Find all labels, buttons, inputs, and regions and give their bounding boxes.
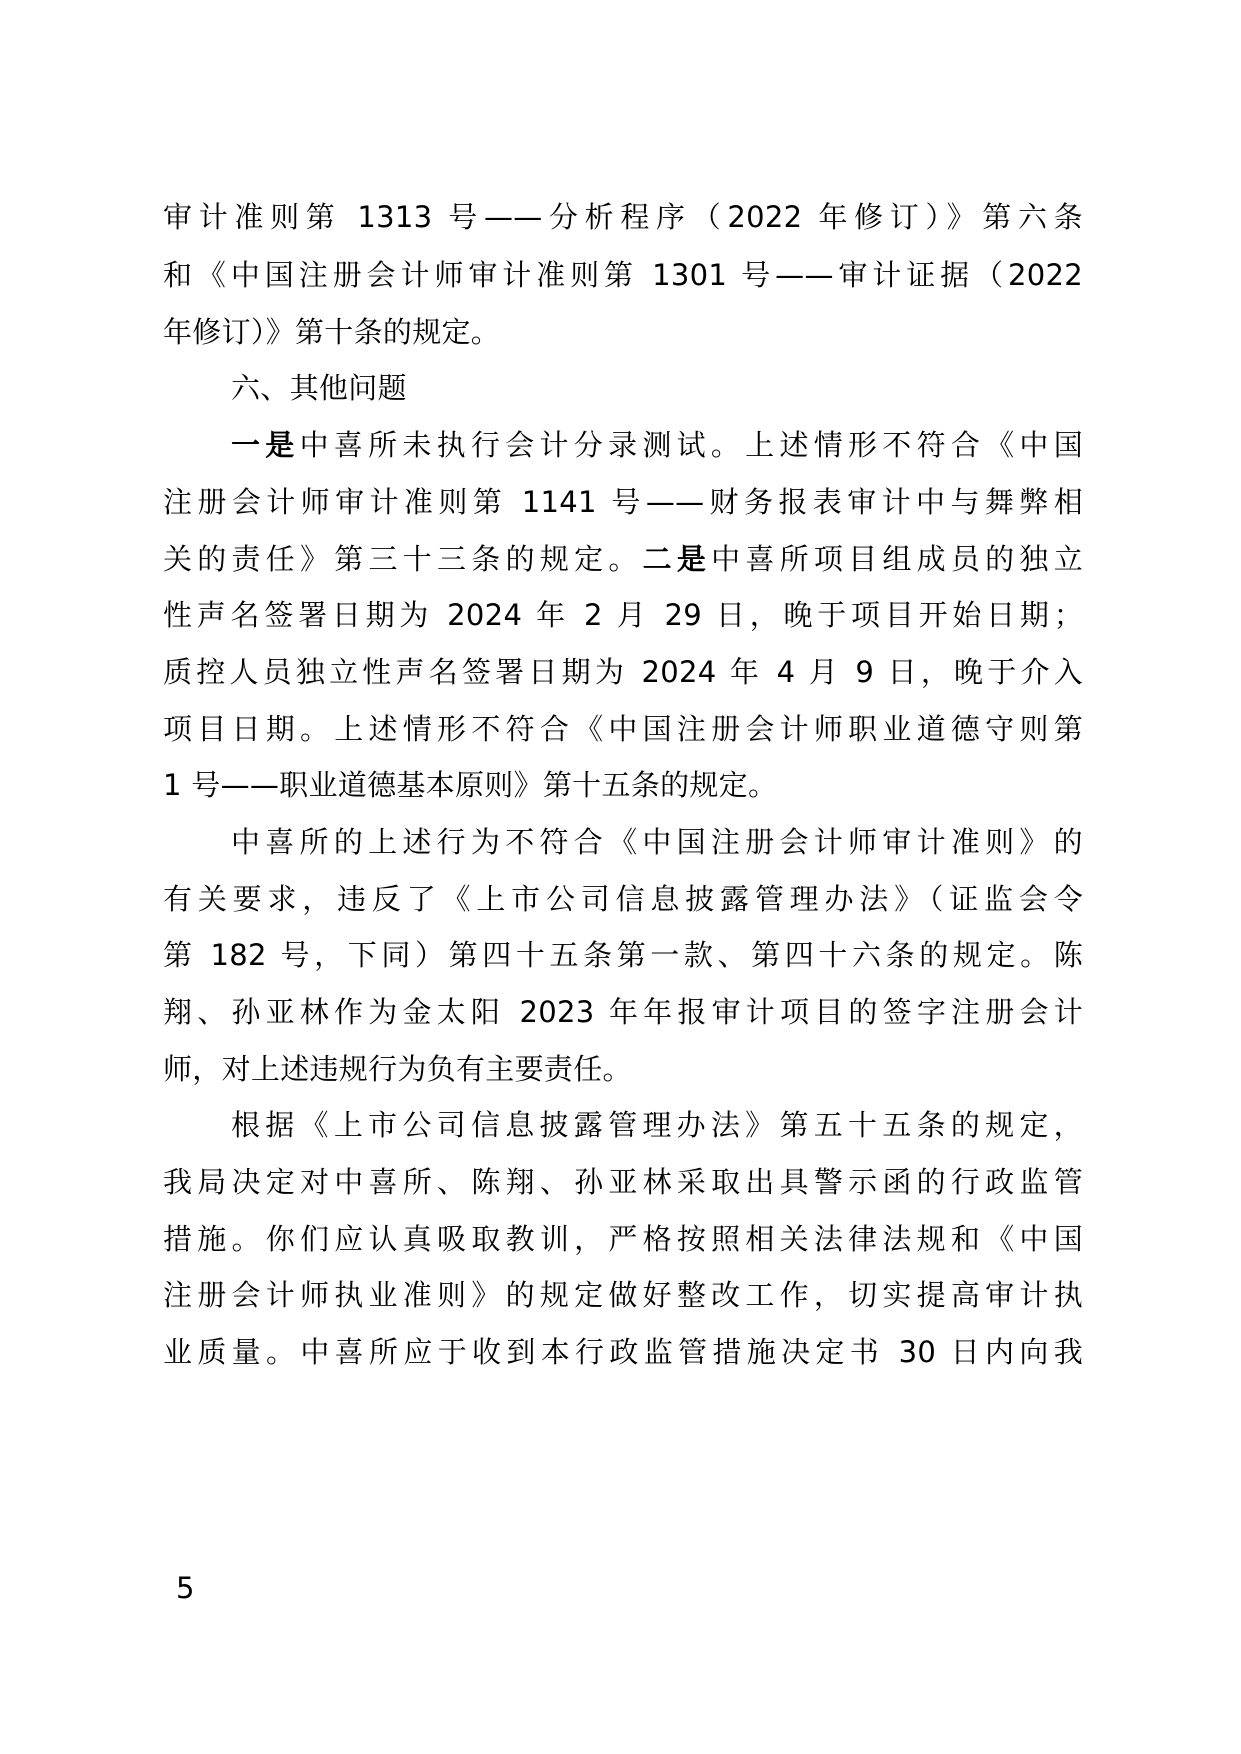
text-line: 项目日期。上述情形不符合《中国注册会计师职业道德守则第 xyxy=(163,709,1083,749)
text-line: 措施。你们应认真吸取教训，严格按照相关法律法规和《中国 xyxy=(163,1219,1083,1259)
text-run: 中喜所未执行会计分录测试。上述情形不符合《中国 xyxy=(300,428,1083,462)
text-line: 一是中喜所未执行会计分录测试。上述情形不符合《中国 xyxy=(231,425,1083,465)
text-line: 性声名签署日期为 2024 年 2 月 29 日，晚于项目开始日期； xyxy=(163,595,1083,635)
text-run: 关的责任》第三十三条的规定。 xyxy=(163,542,643,576)
text-run: 质控人员独立性声名签署日期为 2024 年 4 月 9 日，晚于介入 xyxy=(163,655,1083,689)
text-line: 业质量。中喜所应于收到本行政监管措施决定书 30 日内向我 xyxy=(163,1332,1083,1372)
text-run: 项目日期。上述情形不符合《中国注册会计师职业道德守则第 xyxy=(163,712,1083,746)
text-run: 中喜所项目组成员的独立 xyxy=(711,542,1083,576)
text-run: 措施。你们应认真吸取教训，严格按照相关法律法规和《中国 xyxy=(163,1222,1083,1256)
text-run: 审计准则第 1313 号——分析程序（2022 年修订）》第六条 xyxy=(163,200,1083,234)
text-run: 和《中国注册会计师审计准则第 1301 号——审计证据（2022 xyxy=(163,258,1083,292)
text-line: 我局决定对中喜所、陈翔、孙亚林采取出具警示函的行政监管 xyxy=(163,1162,1083,1202)
text-run: 性声名签署日期为 2024 年 2 月 29 日，晚于项目开始日期； xyxy=(163,598,1083,632)
text-line: 注册会计师执业准则》的规定做好整改工作，切实提高审计执 xyxy=(163,1275,1083,1315)
text-run: 中喜所的上述行为不符合《中国注册会计师审计准则》的 xyxy=(231,825,1083,859)
document-page: 审计准则第 1313 号——分析程序（2022 年修订）》第六条 和《中国注册会… xyxy=(0,0,1241,1754)
text-line: 1 号——职业道德基本原则》第十五条的规定。 xyxy=(163,765,1083,805)
section-heading: 六、其他问题 xyxy=(231,368,1083,408)
text-run: 我局决定对中喜所、陈翔、孙亚林采取出具警示函的行政监管 xyxy=(163,1165,1083,1199)
text-line: 中喜所的上述行为不符合《中国注册会计师审计准则》的 xyxy=(231,822,1083,862)
text-line: 有关要求，违反了《上市公司信息披露管理办法》（证监会令 xyxy=(163,879,1083,919)
text-run: 1 号——职业道德基本原则》第十五条的规定。 xyxy=(163,768,777,802)
text-run: 注册会计师执业准则》的规定做好整改工作，切实提高审计执 xyxy=(163,1278,1083,1312)
text-line: 和《中国注册会计师审计准则第 1301 号——审计证据（2022 xyxy=(163,255,1083,295)
text-line: 根据《上市公司信息披露管理办法》第五十五条的规定， xyxy=(231,1105,1083,1145)
page-number: 5 xyxy=(176,1568,194,1608)
text-line: 第 182 号，下同）第四十五条第一款、第四十六条的规定。陈 xyxy=(163,935,1083,975)
text-line: 年修订）》第十条的规定。 xyxy=(163,312,1083,352)
text-line: 审计准则第 1313 号——分析程序（2022 年修订）》第六条 xyxy=(163,197,1083,237)
text-run: 有关要求，违反了《上市公司信息披露管理办法》（证监会令 xyxy=(163,882,1083,916)
text-run: 第 182 号，下同）第四十五条第一款、第四十六条的规定。陈 xyxy=(163,938,1083,972)
text-line: 翔、孙亚林作为金太阳 2023 年年报审计项目的签字注册会计 xyxy=(163,992,1083,1032)
bold-marker: 二是 xyxy=(643,542,712,576)
text-line: 师，对上述违规行为负有主要责任。 xyxy=(163,1049,1083,1089)
text-run: 注册会计师审计准则第 1141 号——财务报表审计中与舞弊相 xyxy=(163,485,1083,519)
text-line: 注册会计师审计准则第 1141 号——财务报表审计中与舞弊相 xyxy=(163,482,1083,522)
text-run: 根据《上市公司信息披露管理办法》第五十五条的规定， xyxy=(231,1108,1083,1142)
text-run: 业质量。中喜所应于收到本行政监管措施决定书 30 日内向我 xyxy=(163,1335,1083,1369)
section-heading-text: 六、其他问题 xyxy=(231,371,407,405)
text-line: 质控人员独立性声名签署日期为 2024 年 4 月 9 日，晚于介入 xyxy=(163,652,1083,692)
text-line: 关的责任》第三十三条的规定。二是中喜所项目组成员的独立 xyxy=(163,539,1083,579)
text-run: 师，对上述违规行为负有主要责任。 xyxy=(163,1052,632,1086)
bold-marker: 一是 xyxy=(231,428,300,462)
text-run: 翔、孙亚林作为金太阳 2023 年年报审计项目的签字注册会计 xyxy=(163,995,1083,1029)
text-run: 年修订）》第十条的规定。 xyxy=(163,315,500,349)
